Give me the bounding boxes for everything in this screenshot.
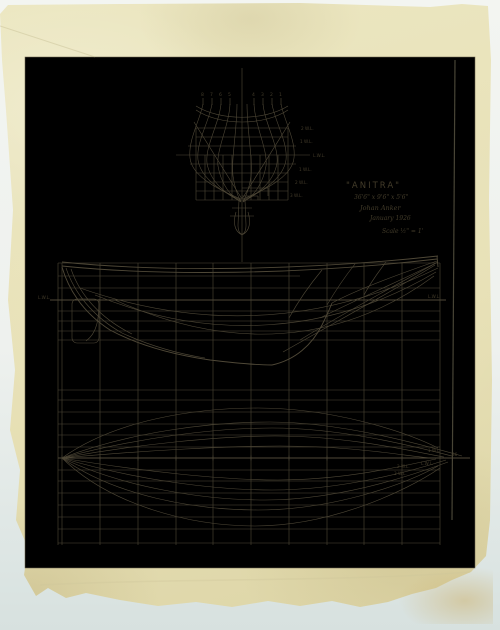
waterline-label: L.W.L. — [421, 461, 433, 466]
drawing-border — [25, 57, 475, 568]
station-number: 2 — [270, 92, 273, 98]
station-number: 4 — [252, 92, 255, 98]
waterline-label: 3 W.L. — [394, 471, 407, 476]
station-number: 5 — [228, 92, 231, 98]
waterline-label: 1 W.L. — [300, 139, 313, 144]
waterline-label: L.W.L. — [313, 153, 325, 158]
station-number: 7 — [210, 92, 213, 98]
station-number: 8 — [201, 92, 204, 98]
waterline-label: 1 W.L. — [428, 448, 441, 453]
drawing-scale: Scale ½" = 1' — [382, 228, 424, 235]
station-number: 6 — [219, 92, 222, 98]
drawing-date: January 1926 — [368, 215, 411, 222]
waterline-label: 2 W.L. — [295, 180, 308, 185]
lines-plan-drawing: 8 7 6 5 4 3 2 1 2 W.L. 1 W.L. L.W.L. 1 W… — [0, 0, 500, 630]
waterline-label: 2 W.L. — [301, 126, 314, 131]
waterline-label: 2 W.L. — [397, 464, 410, 469]
principal-dimensions: 36'6" x 9'6" x 5'6" — [354, 194, 409, 201]
waterline-label: 1 W.L. — [299, 167, 312, 172]
station-number: 3 — [261, 92, 264, 98]
station-number: 1 — [279, 92, 282, 98]
designer-signature: Johan Anker — [358, 204, 401, 212]
centerline-end-label: 36 — [452, 452, 458, 457]
yacht-name: "ANITRA" — [346, 181, 401, 191]
lwl-label-left: L.W.L. — [38, 295, 50, 300]
lwl-label-right: L.W.L. — [428, 294, 440, 299]
waterline-label: 3 W.L. — [290, 193, 303, 198]
scanned-drawing: 8 7 6 5 4 3 2 1 2 W.L. 1 W.L. L.W.L. 1 W… — [0, 0, 500, 630]
